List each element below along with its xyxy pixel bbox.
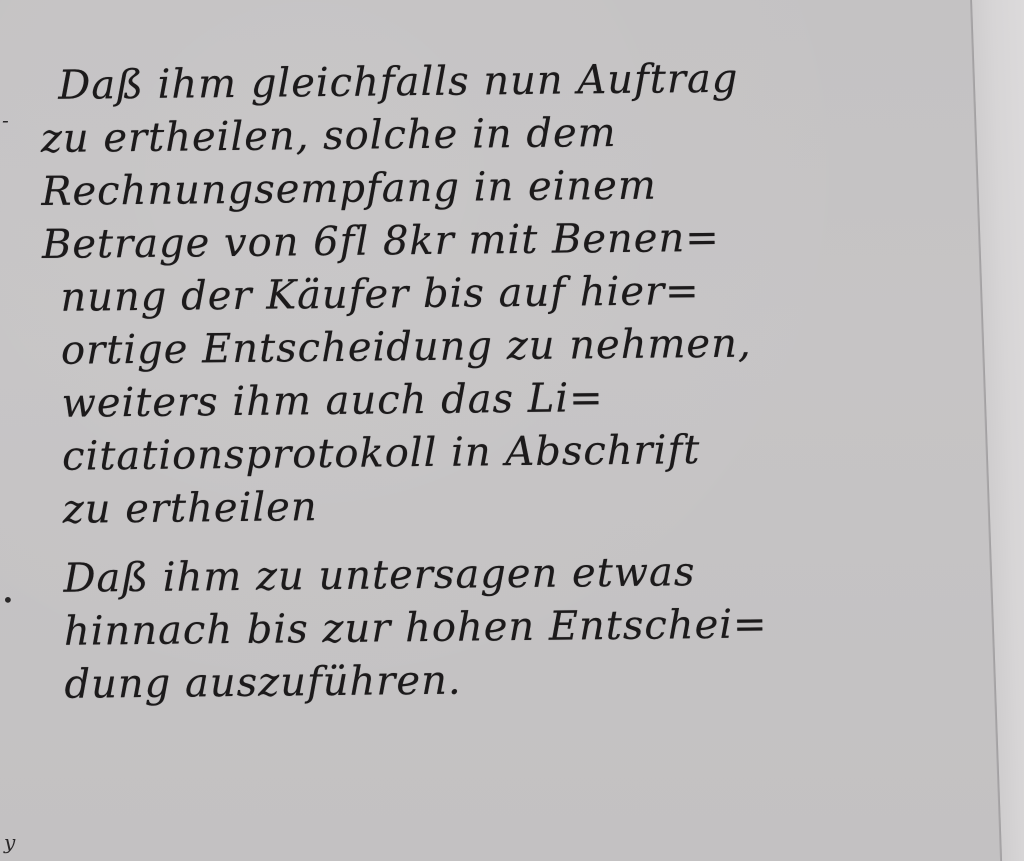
text-line: Daß ihm zu untersagen etwas: [45, 543, 966, 606]
manuscript-text: Daß ihm gleichfalls nun Auftrag zu erthe…: [40, 50, 967, 712]
text-line: dung auszuführen.: [46, 649, 967, 712]
text-line: Rechnungsempfang in einem: [41, 156, 962, 219]
text-line: nung der Käufer bis auf hier=: [42, 262, 963, 325]
text-line: Betrage von 6fl 8kr mit Benen=: [42, 209, 963, 272]
margin-mark-middle: •: [2, 588, 14, 612]
manuscript-photo: - • y Daß ihm gleichfalls nun Auftrag zu…: [0, 0, 1024, 861]
text-line: ortige Entscheidung zu nehmen,: [43, 315, 964, 378]
paragraph-2: Daß ihm zu untersagen etwas hinnach bis …: [45, 543, 967, 712]
text-line: zu ertheilen, solche in dem: [41, 103, 962, 166]
text-line: hinnach bis zur hohen Entschei=: [46, 596, 967, 659]
text-line: weiters ihm auch das Li=: [43, 368, 964, 431]
margin-mark-top: -: [2, 108, 9, 132]
text-line: Daß ihm gleichfalls nun Auftrag: [40, 50, 961, 113]
text-line: citationsprotokoll in Abschrift: [44, 421, 965, 484]
margin-mark-bottom: y: [4, 830, 15, 854]
paragraph-1: Daß ihm gleichfalls nun Auftrag zu erthe…: [40, 50, 965, 537]
text-line: zu ertheilen: [44, 474, 965, 537]
